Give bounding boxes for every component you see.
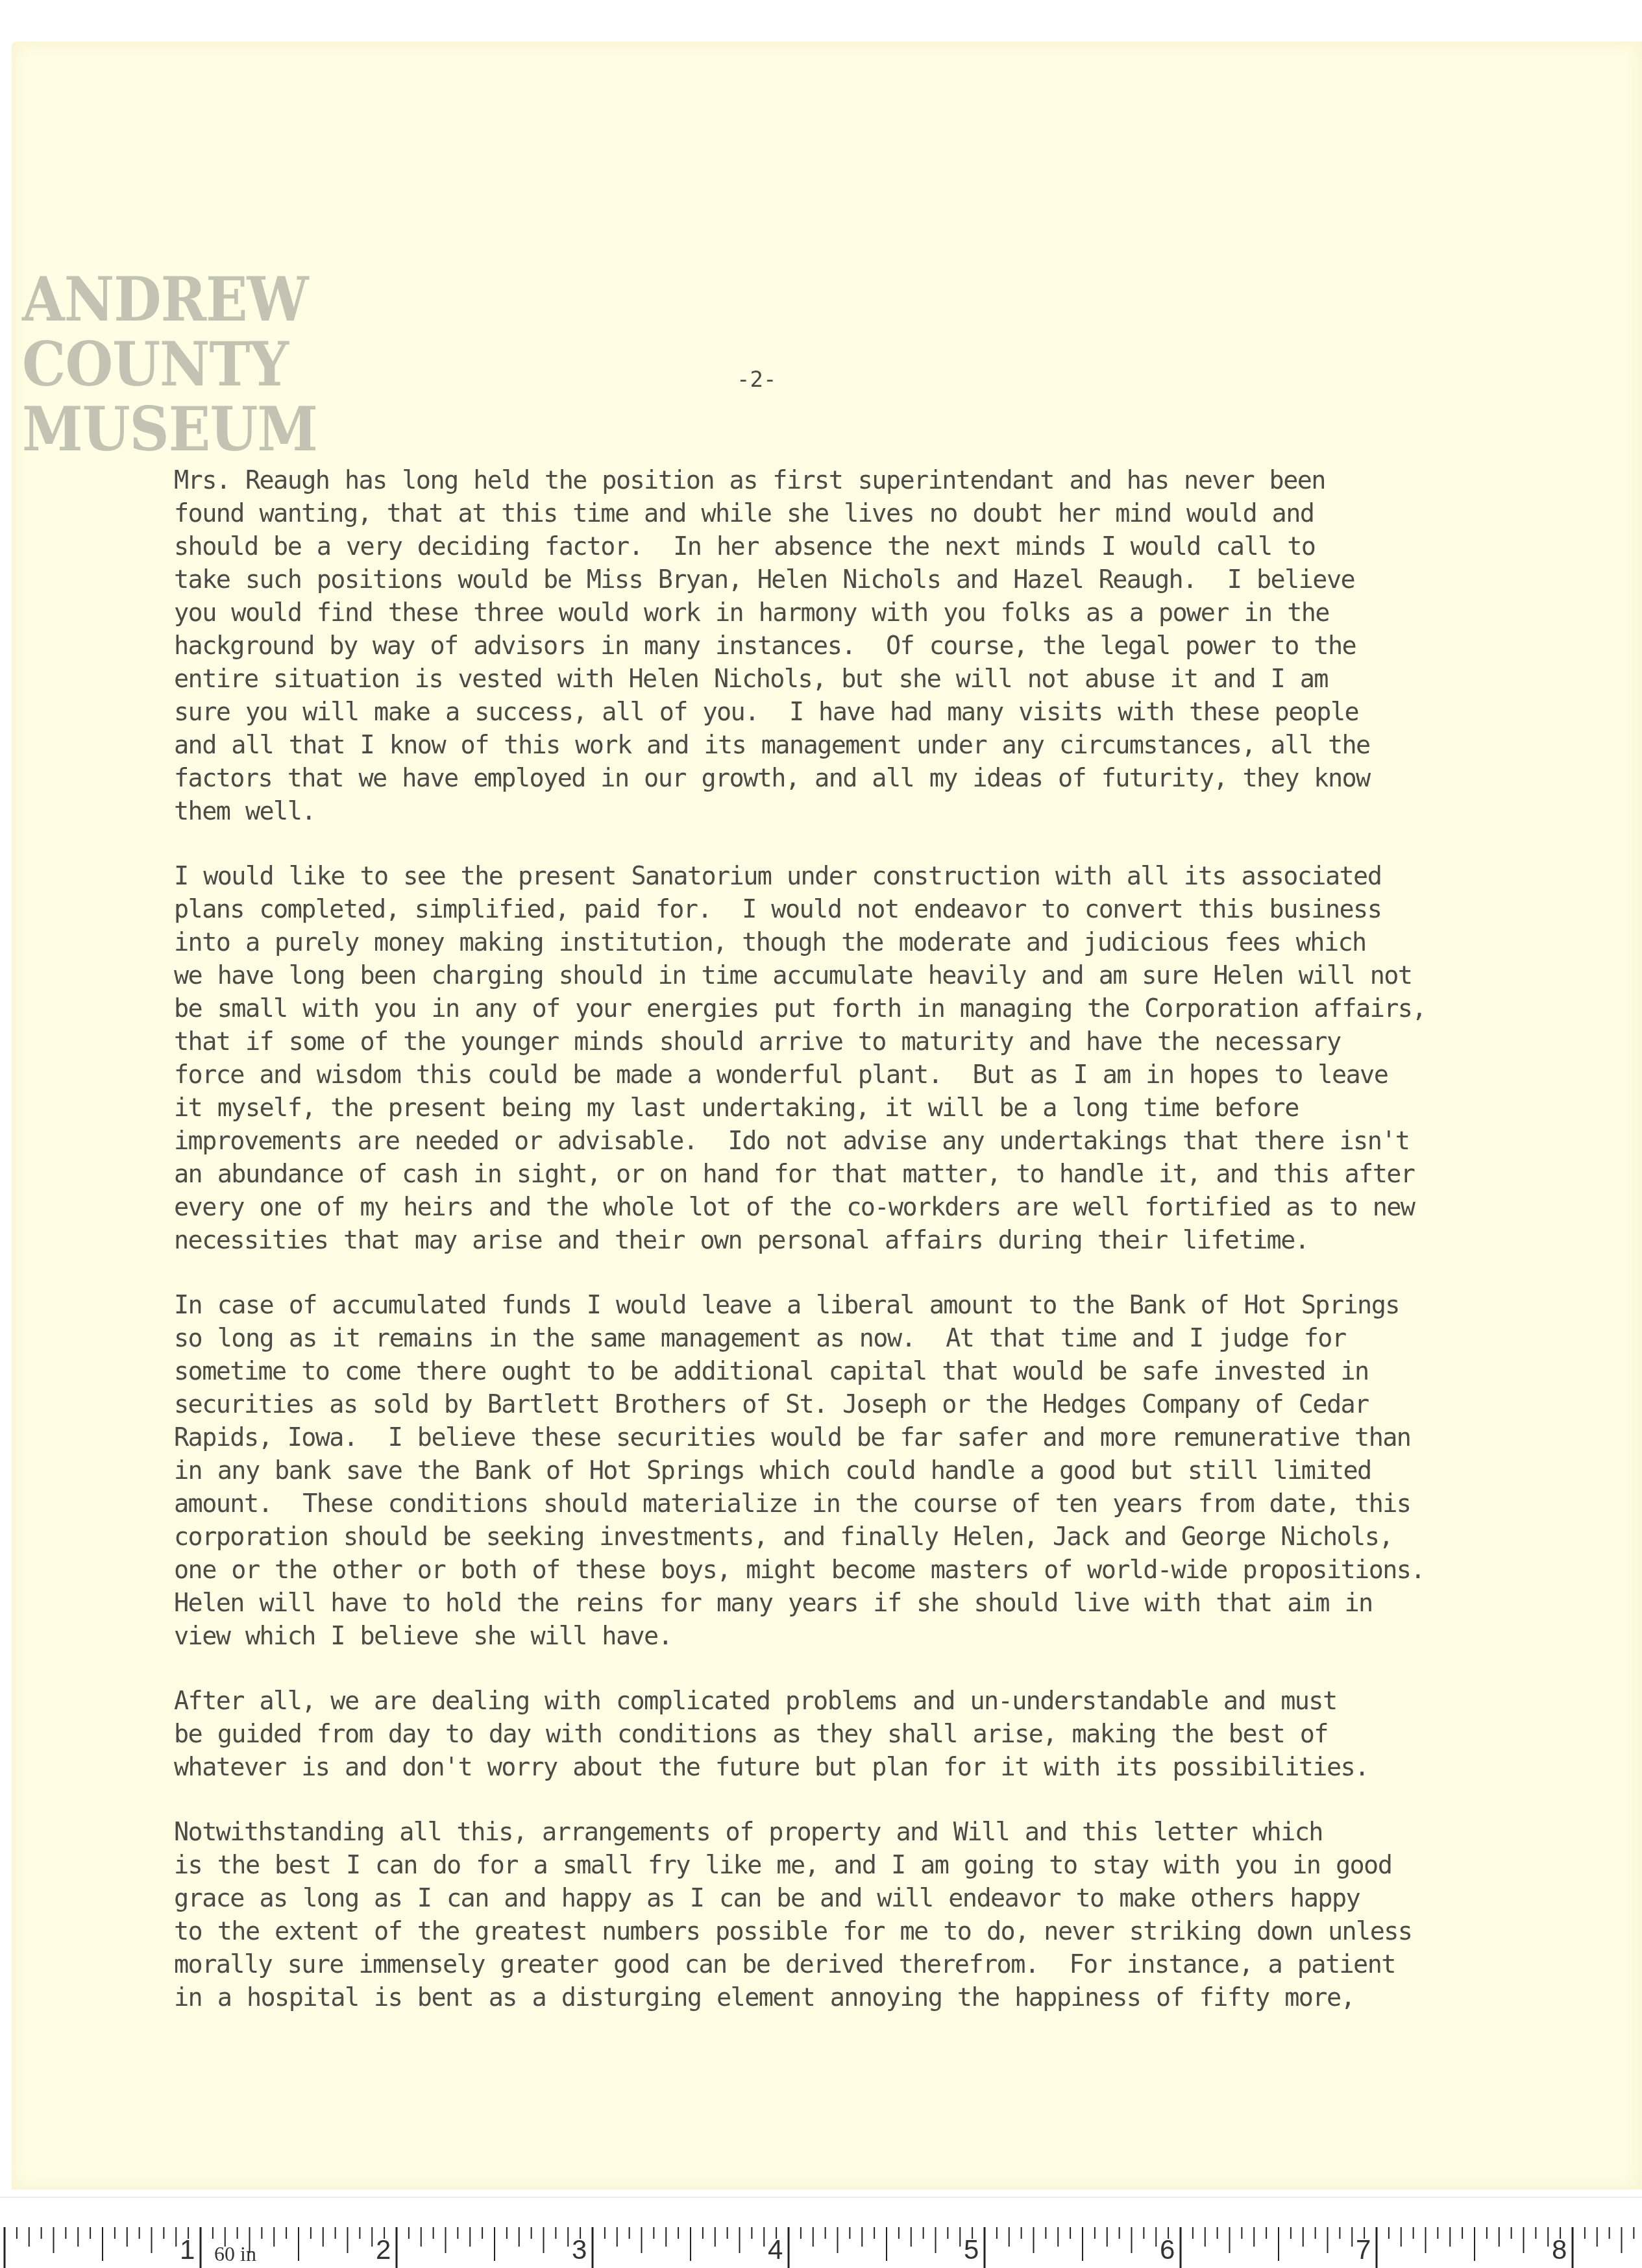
text-line: grace as long as I can and happy as I ca… [174, 1882, 1628, 1915]
ruler-inch-label: 7 [1356, 2234, 1371, 2265]
paragraph: Notwithstanding all this, arrangements o… [174, 1816, 1628, 2014]
text-line: that if some of the younger minds should… [174, 1025, 1628, 1058]
ruler-inch-label: 8 [1552, 2234, 1567, 2265]
text-line: sure you will make a success, all of you… [174, 696, 1628, 729]
text-line: one or the other or both of these boys, … [174, 1554, 1628, 1587]
text-line: hackground by way of advisors in many in… [174, 629, 1628, 663]
measuring-ruler: 60 in 12345678 [0, 2197, 1642, 2268]
text-line: whatever is and don't worry about the fu… [174, 1751, 1628, 1784]
text-line: necessities that may arise and their own… [174, 1224, 1628, 1257]
text-line: is the best I can do for a small fry lik… [174, 1849, 1628, 1882]
text-line: securities as sold by Bartlett Brothers … [174, 1388, 1628, 1421]
text-line: factors that we have employed in our gro… [174, 762, 1628, 795]
museum-watermark: ANDREW COUNTY MUSEUM [22, 267, 317, 462]
paragraph: After all, we are dealing with complicat… [174, 1685, 1628, 1784]
text-line: and all that I know of this work and its… [174, 729, 1628, 762]
page-number: -2- [737, 367, 776, 393]
ruler-inch-label: 2 [376, 2234, 391, 2265]
text-line: to the extent of the greatest numbers po… [174, 1915, 1628, 1948]
text-line: morally sure immensely greater good can … [174, 1948, 1628, 1981]
text-line: entire situation is vested with Helen Ni… [174, 663, 1628, 696]
paragraph: I would like to see the present Sanatori… [174, 860, 1628, 1257]
text-line: into a purely money making institution, … [174, 926, 1628, 959]
text-line: plans completed, simplified, paid for. I… [174, 893, 1628, 926]
text-line: every one of my heirs and the whole lot … [174, 1191, 1628, 1224]
text-line: improvements are needed or advisable. Id… [174, 1125, 1628, 1158]
text-line: view which I believe she will have. [174, 1620, 1628, 1653]
ruler-inch-label: 6 [1160, 2234, 1175, 2265]
text-line: Rapids, Iowa. I believe these securities… [174, 1421, 1628, 1454]
text-line: Notwithstanding all this, arrangements o… [174, 1816, 1628, 1849]
text-line: you would find these three would work in… [174, 596, 1628, 629]
text-line: After all, we are dealing with complicat… [174, 1685, 1628, 1718]
ruler-inch-label: 3 [572, 2234, 587, 2265]
paragraph: In case of accumulated funds I would lea… [174, 1289, 1628, 1653]
text-line: in any bank save the Bank of Hot Springs… [174, 1454, 1628, 1487]
text-line: in a hospital is bent as a disturging el… [174, 1981, 1628, 2014]
text-line: corporation should be seeking investment… [174, 1520, 1628, 1554]
ruler-inch-label: 1 [180, 2234, 195, 2265]
text-line: so long as it remains in the same manage… [174, 1322, 1628, 1355]
text-line: be small with you in any of your energie… [174, 992, 1628, 1025]
text-line: sometime to come there ought to be addit… [174, 1355, 1628, 1388]
text-line: force and wisdom this could be made a wo… [174, 1058, 1628, 1091]
watermark-line: MUSEUM [22, 397, 317, 462]
text-line: be guided from day to day with condition… [174, 1718, 1628, 1751]
watermark-line: ANDREW [22, 267, 317, 332]
ruler-inch-label: 4 [768, 2234, 783, 2265]
watermark-line: COUNTY [22, 332, 317, 397]
text-line: it myself, the present being my last und… [174, 1091, 1628, 1125]
text-line: In case of accumulated funds I would lea… [174, 1289, 1628, 1322]
text-line: Mrs. Reaugh has long held the position a… [174, 464, 1628, 497]
text-line: we have long been charging should in tim… [174, 959, 1628, 992]
text-line: take such positions would be Miss Bryan,… [174, 563, 1628, 596]
text-line: found wanting, that at this time and whi… [174, 497, 1628, 530]
ruler-unit-label: 60 in [214, 2242, 256, 2266]
paragraph: Mrs. Reaugh has long held the position a… [174, 464, 1628, 828]
text-line: amount. These conditions should material… [174, 1487, 1628, 1520]
text-line: them well. [174, 795, 1628, 828]
letter-body: Mrs. Reaugh has long held the position a… [174, 464, 1628, 2014]
text-line: an abundance of cash in sight, or on han… [174, 1158, 1628, 1191]
text-line: Helen will have to hold the reins for ma… [174, 1587, 1628, 1620]
text-line: I would like to see the present Sanatori… [174, 860, 1628, 893]
text-line: should be a very deciding factor. In her… [174, 530, 1628, 563]
ruler-inch-label: 5 [964, 2234, 979, 2265]
